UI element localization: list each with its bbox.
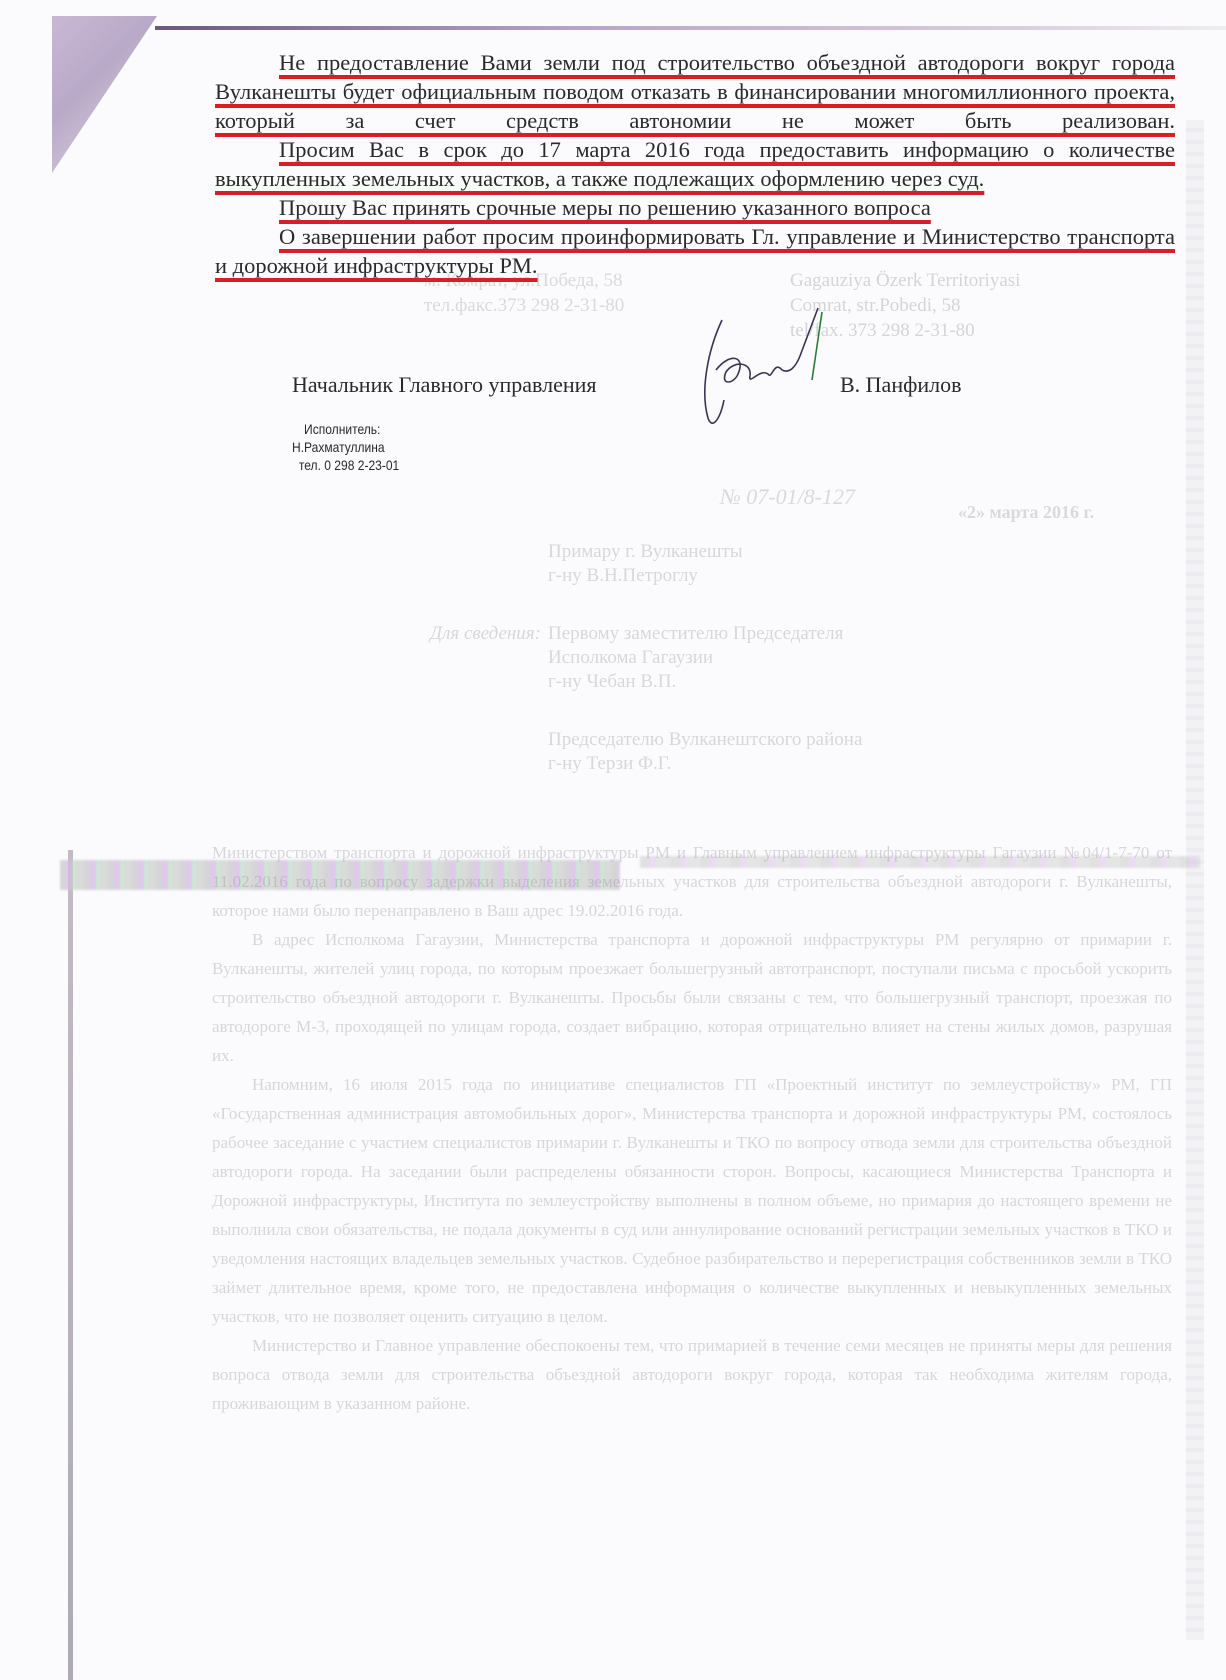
faded-line: Первому заместителю Председателя xyxy=(548,622,862,646)
faded-line: Примару г. Вулканешты xyxy=(548,540,862,564)
scan-folded-corner xyxy=(52,16,157,173)
faded-reference-number: № 07-01/8-127 xyxy=(720,482,855,511)
signatory-title: Начальник Главного управления xyxy=(292,372,597,398)
executor-label: Исполнитель: xyxy=(292,420,399,438)
faded-paragraph: В адрес Исполкома Гагаузии, Министерства… xyxy=(212,925,1172,1070)
faded-label: Для сведения: xyxy=(430,622,541,646)
faded-addressee: Примару г. Вулканешты г-ну В.Н.Петроглу xyxy=(548,540,862,588)
paragraph-completion-notice: О завершении работ просим проинформирова… xyxy=(215,222,1175,280)
signatory-name: В. Панфилов xyxy=(840,372,962,398)
paragraph-refusal-warning: Не предоставление Вами земли под строите… xyxy=(215,48,1175,135)
scan-left-edge xyxy=(68,850,73,1680)
faded-addressees: Примару г. Вулканешты г-ну В.Н.Петроглу … xyxy=(548,540,862,810)
scan-right-edge xyxy=(1186,120,1204,1640)
executor-block: Исполнитель: Н.Рахматуллина тел. 0 298 2… xyxy=(292,420,399,474)
scan-top-edge xyxy=(155,26,1226,30)
underlined-text: Просим Вас в срок до 17 марта 2016 года … xyxy=(215,137,1175,191)
letter-body: Не предоставление Вами земли под строите… xyxy=(215,48,1175,280)
faded-line: Председателю Вулканештского района xyxy=(548,728,862,752)
faded-line: г-ну В.Н.Петроглу xyxy=(548,564,862,588)
underlined-text: Прошу Вас принять срочные меры по решени… xyxy=(279,195,931,220)
executor-name: Н.Рахматуллина xyxy=(292,438,399,456)
signature-block: Начальник Главного управления В. Панфило… xyxy=(292,372,1012,402)
faded-addressee: Председателю Вулканештского района г-ну … xyxy=(548,728,862,776)
faded-line: Исполкома Гагаузии xyxy=(548,646,862,670)
faded-line: тел.факс.373 298 2-31-80 xyxy=(424,293,624,318)
faded-line: г-ну Чебан В.П. xyxy=(548,670,862,694)
executor-phone: тел. 0 298 2-23-01 xyxy=(292,456,399,474)
faded-paragraph: Министерство и Главное управление обеспо… xyxy=(212,1331,1172,1418)
handwritten-signature-icon xyxy=(690,300,850,440)
faded-addressee: Для сведения: Первому заместителю Предсе… xyxy=(548,622,862,694)
faded-date: «2» марта 2016 г. xyxy=(958,498,1094,527)
paragraph-urgent-measures: Прошу Вас принять срочные меры по решени… xyxy=(215,193,1175,222)
paragraph-info-request: Просим Вас в срок до 17 марта 2016 года … xyxy=(215,135,1175,193)
faded-paragraph: Министерством транспорта и дорожной инфр… xyxy=(212,838,1172,925)
faded-line: г-ну Терзи Ф.Г. xyxy=(548,752,862,776)
faded-body: Министерством транспорта и дорожной инфр… xyxy=(212,838,1172,1418)
underlined-text: О завершении работ просим проинформирова… xyxy=(215,224,1175,278)
faded-paragraph: Напомним, 16 июля 2015 года по инициатив… xyxy=(212,1070,1172,1331)
underlined-text: Не предоставление Вами земли под строите… xyxy=(215,50,1175,133)
